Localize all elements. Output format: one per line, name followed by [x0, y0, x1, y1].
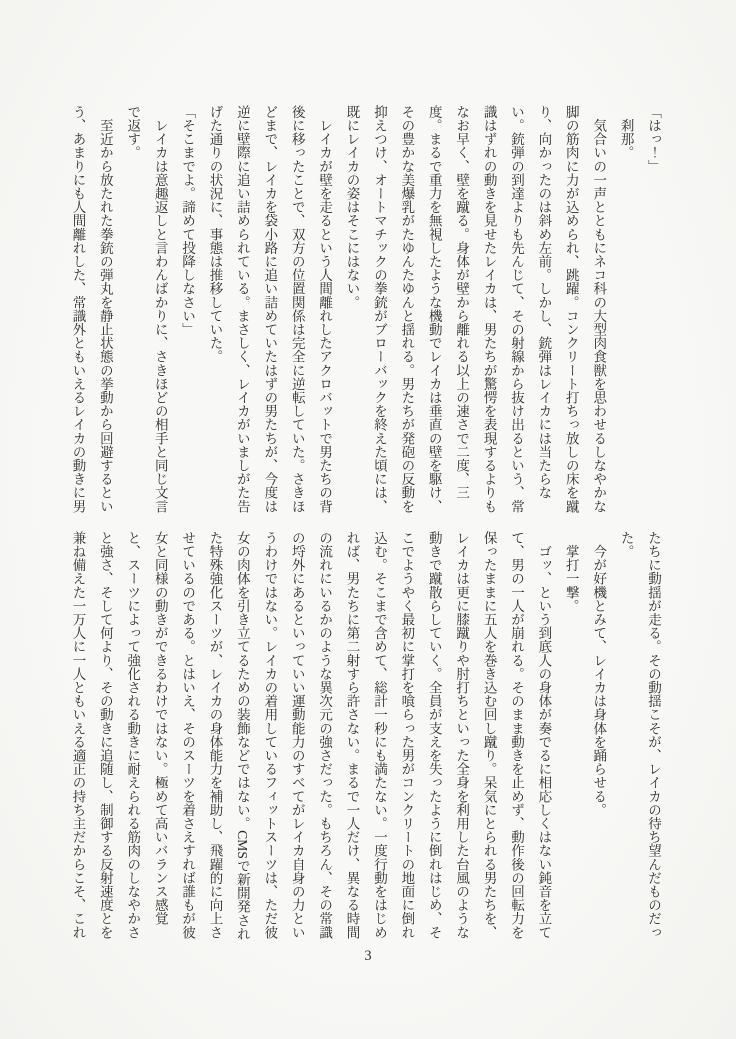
text-line: レイカは更に膝蹴りや肘打ちといった全身を利用した台風のような [448, 531, 475, 943]
text-line: 兼ね備えた一万人に一人ともいえる適正の持ち主だからこそ、これ [64, 531, 91, 943]
text-line: 識はずれの動きを見せたレイカは、男たちが驚愕を表現するよりも [475, 105, 502, 517]
text-line: どまで、レイカを袋小路に追い詰めていたはずの男たちが、今度は [256, 105, 283, 517]
text-line: うわけではない。レイカの着用しているフィットスーツは、ただ彼 [256, 531, 283, 943]
text-line: たちに動揺が走る。その動揺こそが、レイカの待ち望んだものだっ [640, 531, 667, 943]
text-line: 気合いの一声とともにネコ科の大型肉食獣を思わせるしなやかな [585, 105, 612, 517]
text-line: 女と同様の動きができるわけではない。極めて高いバランス感覚 [146, 531, 173, 943]
text-line: 保ったままに五人を巻き込む回し蹴り。呆気にとられる男たちを、 [475, 531, 502, 943]
text-line: 今が好機とみて、レイカは身体を踊らせる。 [585, 531, 612, 943]
text-line: 既にレイカの姿はそこにはない。 [338, 105, 365, 517]
text-line: の流れにいるかのような異次元の強さだった。もちろん、その常識 [311, 531, 338, 943]
text-line: 動きで蹴散らしていく。全員が支えを失ったように倒れはじめ、そ [420, 531, 447, 943]
text-line: ゴッ、という到底人の身体が奏でるに相応しくはない鈍音を立て [530, 531, 557, 943]
text-line: 込む。そこまで含めて、総計一秒にも満たない。一度行動をはじめ [366, 531, 393, 943]
text-line: 「そこまでよ。諦めて投降しなさい」 [174, 105, 201, 517]
text-line: 度。まるで重力を無視したような機動でレイカは垂直の壁を駆け、 [420, 105, 447, 517]
text-line: の埒外にあるといっていい運動能力のすべてがレイカ自身の力とい [283, 531, 310, 943]
text-line: り、向かったのは斜め左前。しかし、銃弾はレイカには当たらな [530, 105, 557, 517]
text-line: げた通りの状況に、事態は推移していた。 [201, 105, 228, 517]
text-line: と強さ、そして何より、その動きに追随し、制御する反射速度とを [91, 531, 118, 943]
text-block-top: 「はっ！」 刹那。 気合いの一声とともにネコ科の大型肉食獣を思わせるしなやかな … [64, 105, 667, 517]
text-line: れば、男たちに第二射すら許さない。まるで一人だけ、異なる時間 [338, 531, 365, 943]
text-line: た特殊強化スーツが、レイカの身体能力を補助し、飛躍的に向上さ [201, 531, 228, 943]
text-line: た。 [612, 531, 639, 943]
text-line: 脚の筋肉に力が込められ、跳躍。コンクリート打ちっ放しの床を蹴 [557, 105, 584, 517]
text-line: こでようやく最初に掌打を喰らった男がコンクリートの地面に倒れ [393, 531, 420, 943]
text-line: レイカは意趣返しと言わんばかりに、さきほどの相手と同じ文言 [146, 105, 173, 517]
text-line: その豊かな美爆乳がたゆんたゆんと揺れる。男たちが発砲の反動を [393, 105, 420, 517]
text-line: 女の肉体を引き立てるための装飾などではない。CMSで新開発され [229, 531, 256, 943]
text-line: 刹那。 [612, 105, 639, 517]
novel-page: 「はっ！」 刹那。 気合いの一声とともにネコ科の大型肉食獣を思わせるしなやかな … [0, 0, 736, 1039]
text-line: せているのである。とはいえ、そのスーツを着さえすれば誰もが彼 [174, 531, 201, 943]
text-line: い。銃弾の到達よりも先んじて、その射線から抜け出るという、常 [503, 105, 530, 517]
text-line: う、あまりにも人間離れした、常識外ともいえるレイカの動きに男 [64, 105, 91, 517]
page-number: 3 [0, 948, 736, 965]
text-line: なお早く、壁を蹴る。身体が壁から離れる以上の速さで二度、三 [448, 105, 475, 517]
text-line: レイカが壁を走るという人間離れしたアクロバットで男たちの背 [311, 105, 338, 517]
text-line: 掌打一撃。 [557, 531, 584, 943]
text-line: て、男の一人が崩れる。そのまま動きを止めず、動作後の回転力を [503, 531, 530, 943]
text-block-bottom: たちに動揺が走る。その動揺こそが、レイカの待ち望んだものだっ た。 今が好機とみ… [64, 531, 667, 943]
text-line: 後に移ったことで、双方の位置関係は完全に逆転していた。さきほ [283, 105, 310, 517]
text-line: と、スーツによって強化される動きに耐えられる筋肉のしなやかさ [119, 531, 146, 943]
text-line: 「はっ！」 [640, 105, 667, 517]
text-line: 抑えつけ、オートマチックの拳銃がブローバックを終えた頃には、 [366, 105, 393, 517]
text-line: 至近から放たれた拳銃の弾丸を静止状態の挙動から回避するとい [91, 105, 118, 517]
text-line: で返す。 [119, 105, 146, 517]
text-line: 逆に壁際に追い詰められている。まさしく、レイカがいましがた告 [229, 105, 256, 517]
